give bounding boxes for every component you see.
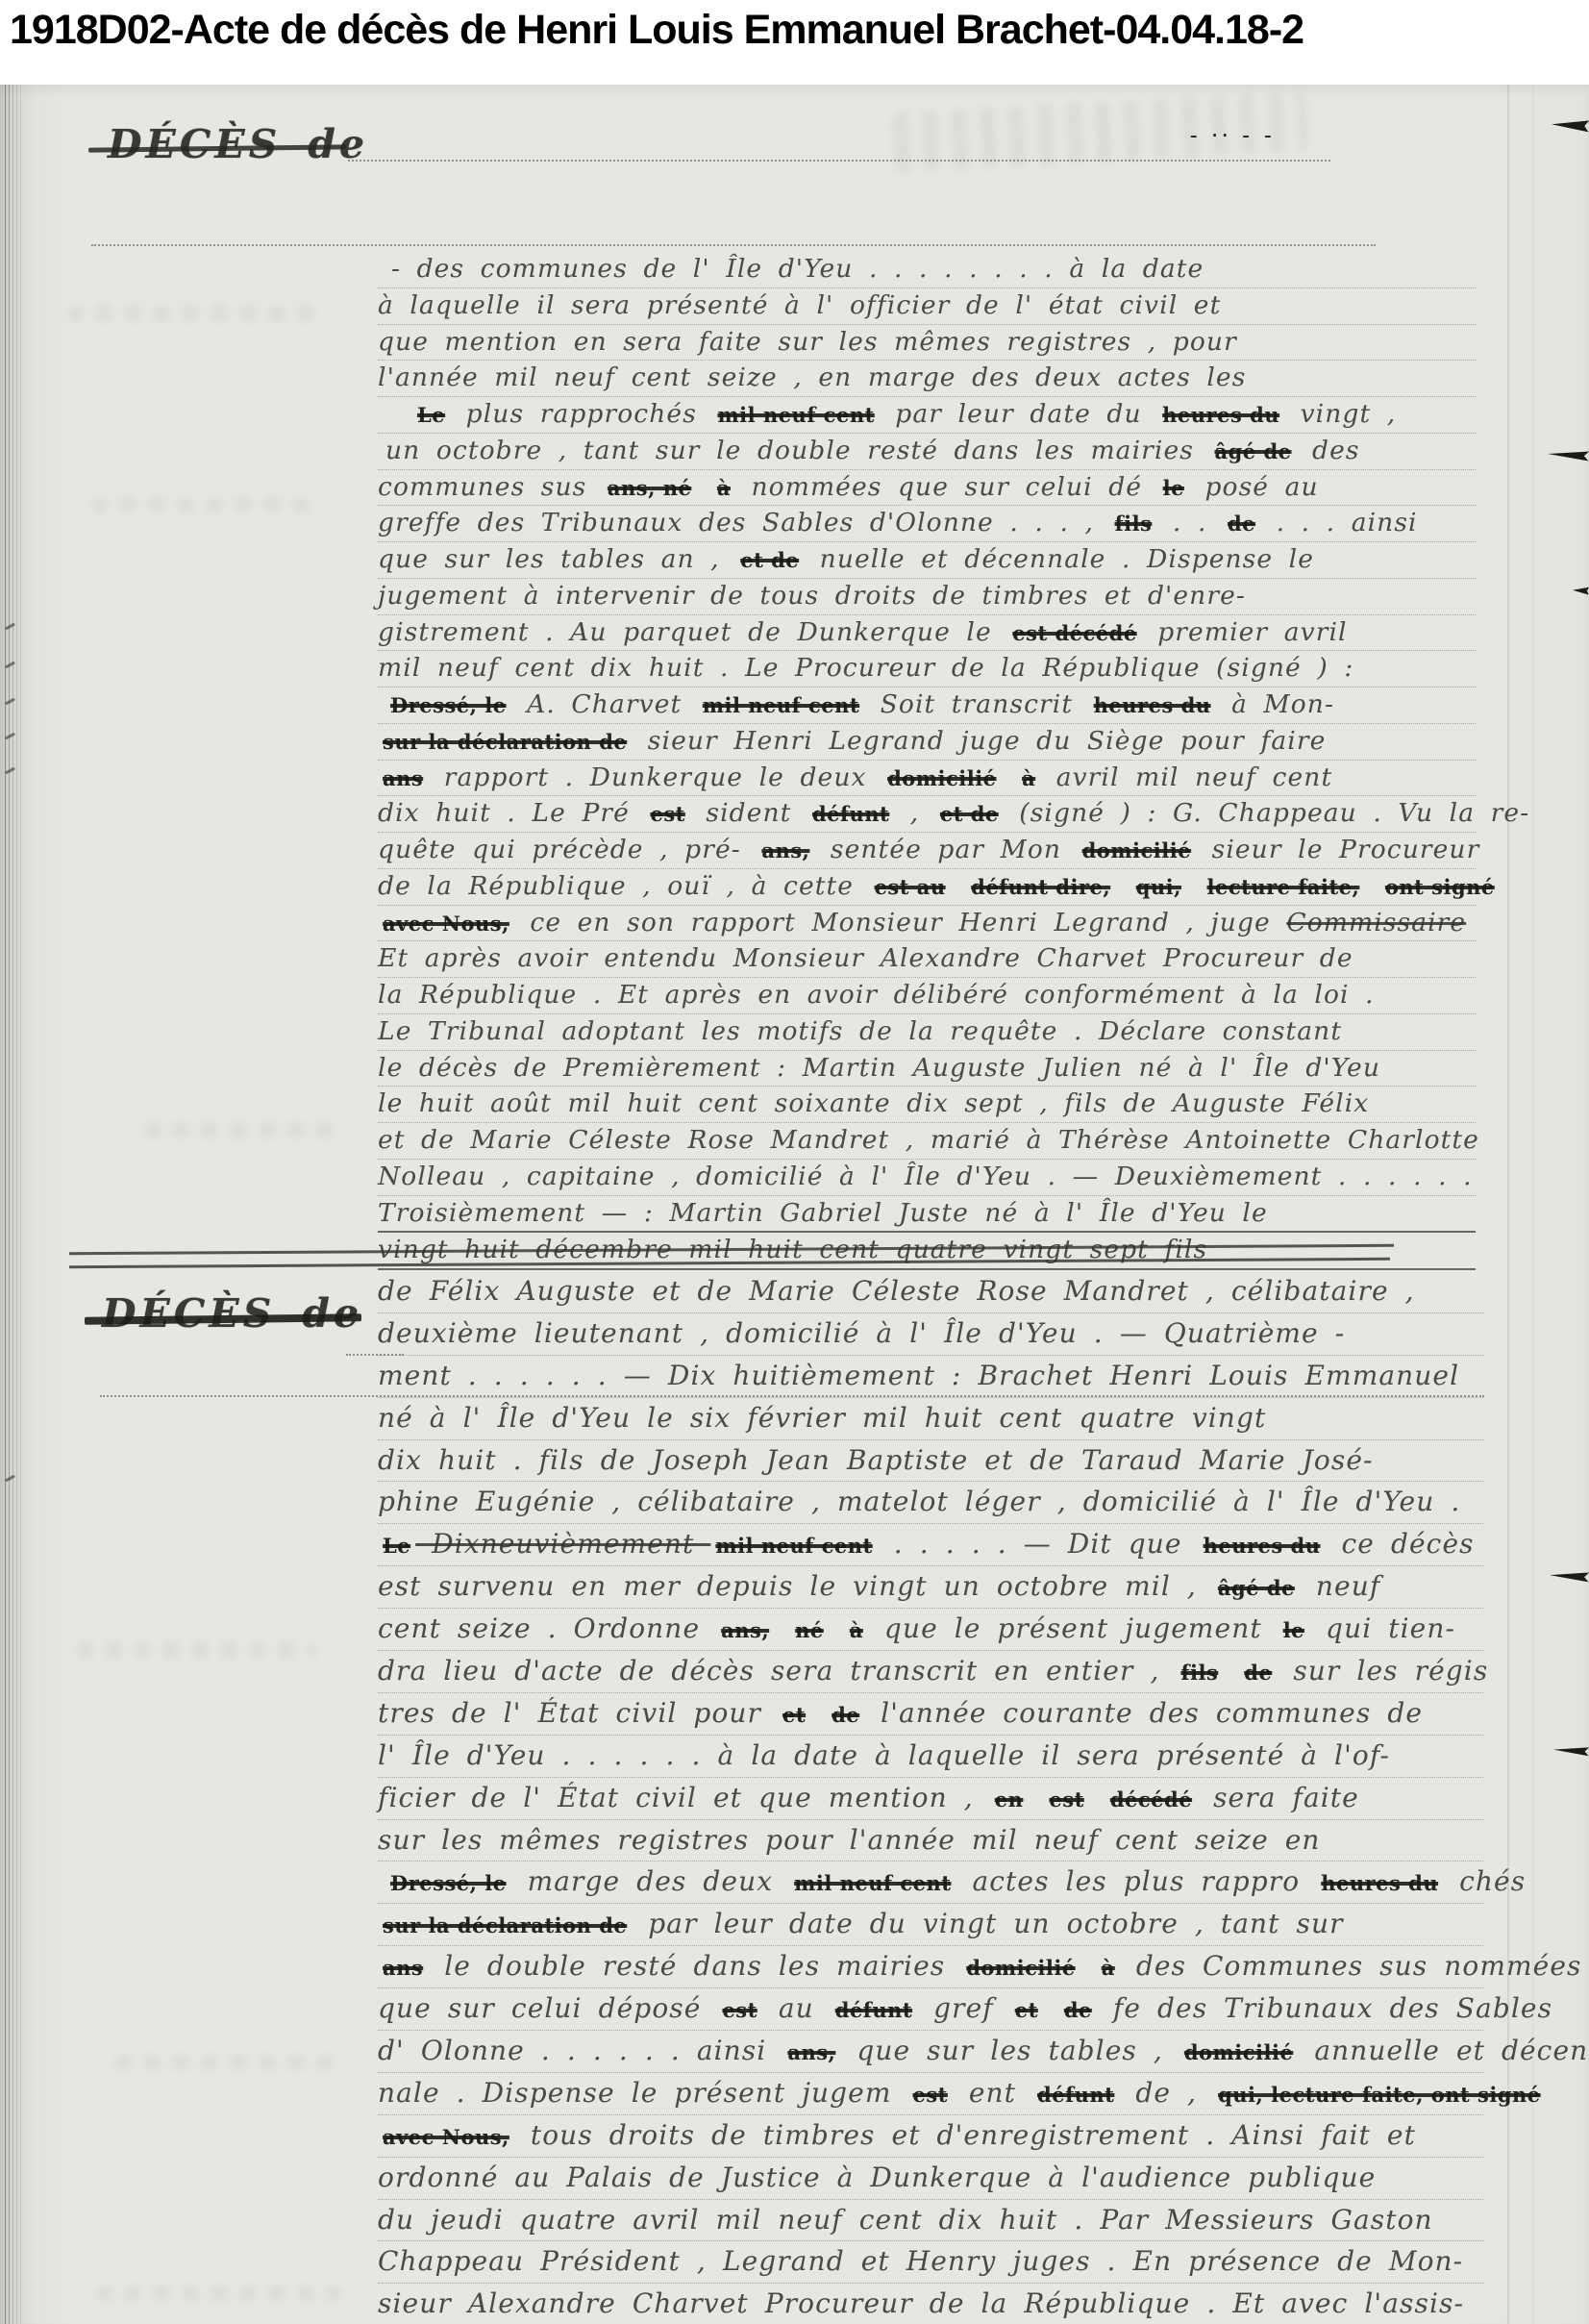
printed-word-struck: défunt	[1032, 2083, 1119, 2107]
handwritten-text: phine Eugénie , célibataire , matelot lé…	[378, 1486, 1460, 1517]
handwritten-text: sentée par Mon	[814, 835, 1077, 864]
handwritten-text: premier avril	[1142, 617, 1348, 647]
printed-word-struck: Le	[378, 1534, 415, 1558]
printed-word-struck: ans	[378, 1956, 428, 1980]
handwritten-text: à Mon-	[1216, 689, 1334, 719]
handwritten-text: tres de l' État civil pour	[378, 1697, 778, 1729]
printed-word-struck: ans, né	[603, 476, 696, 500]
manuscript-line: avec Nous, tous droits de timbres et d'e…	[378, 2115, 1483, 2158]
handwritten-text	[951, 871, 967, 901]
ink-mark	[1553, 1745, 1589, 1757]
ink-mark	[1573, 586, 1589, 594]
handwritten-text: chés	[1443, 1865, 1526, 1897]
printed-word-struck: défunt	[831, 1998, 917, 2022]
manuscript-line: nale . Dispense le présent jugem est ent…	[378, 2073, 1483, 2115]
printed-word-struck: de	[827, 1703, 864, 1727]
deces-label: DÉCÈS	[108, 121, 281, 167]
manuscript-line: de Félix Auguste et de Marie Céleste Ros…	[378, 1271, 1483, 1313]
manuscript-line: sur les mêmes registres pour l'année mil…	[378, 1820, 1483, 1862]
printed-word-struck: et de	[935, 802, 1004, 826]
printed-word-struck: Dressé, le	[385, 693, 511, 717]
title-bar: 1918D02-Acte de décès de Henri Louis Emm…	[0, 0, 1589, 85]
printed-word-struck: lecture faite,	[1203, 875, 1365, 899]
manuscript-line: Dressé, le marge des deux mil neuf cent …	[378, 1862, 1483, 1904]
dotted-rule	[348, 160, 1330, 162]
handwritten-text: deuxième lieutenant , domicilié à l' Île…	[378, 1317, 1345, 1349]
bleedthrough-ghost	[91, 498, 312, 512]
page-title: 1918D02-Acte de décès de Henri Louis Emm…	[0, 0, 1589, 53]
manuscript-line: sur la déclaration de par leur date du v…	[378, 1904, 1483, 1946]
ink-dash-marks: – ·· – –	[1190, 127, 1277, 144]
printed-word-struck: qui, lecture faite, ont signé	[1213, 2083, 1546, 2107]
margin-ink-tick	[5, 698, 15, 706]
printed-word-struck: est	[717, 1998, 761, 2022]
printed-word-struck: ans,	[716, 1618, 774, 1642]
manuscript-line: à laquelle il sera présenté à l' officie…	[378, 288, 1476, 325]
handwritten-text: qui tien-	[1309, 1612, 1455, 1644]
handwritten-text	[774, 1612, 790, 1644]
handwritten-text: un octobre , tant sur le double resté da…	[385, 436, 1210, 465]
handwritten-text: le décès de Premièrement : Martin August…	[378, 1053, 1380, 1083]
paper-fold-line	[1532, 85, 1533, 2324]
printed-word-struck: mil neuf cent	[710, 1534, 877, 1558]
printed-word-struck: mil neuf cent	[698, 693, 864, 717]
handwritten-text: nale . Dispense le présent jugem	[378, 2077, 907, 2109]
manuscript-line: est survenu en mer depuis le vingt un oc…	[378, 1566, 1483, 1609]
handwritten-text: posé au	[1189, 472, 1319, 502]
margin-ink-tick	[5, 623, 15, 631]
handwritten-text: par leur date du vingt un octobre , tant…	[632, 1908, 1343, 1939]
handwritten-text: que le présent jugement	[868, 1612, 1279, 1644]
handwritten-text	[1002, 762, 1018, 792]
manuscript-line: que mention en sera faite sur les mêmes …	[378, 325, 1476, 362]
handwritten-text: (signé ) : G. Chappeau . Vu la re-	[1004, 798, 1529, 828]
printed-word-struck: de	[1223, 512, 1260, 536]
handwritten-text: actes les plus rappro	[956, 1865, 1316, 1897]
handwritten-text: ordonné au Palais de Justice à Dunkerque…	[378, 2162, 1376, 2193]
printed-word-struck: domicilié	[882, 766, 1001, 790]
manuscript-line: jugement à intervenir de tous droits de …	[378, 579, 1476, 615]
handwritten-text: quête qui précède , pré-	[378, 835, 757, 864]
handwritten-text: Troisièmement — : Martin Gabriel Juste n…	[378, 1198, 1268, 1228]
handwritten-text: ficier de l' État civil et que mention ,	[378, 1782, 990, 1813]
printed-word-struck: né	[790, 1618, 829, 1642]
printed-word-struck: le	[1158, 476, 1189, 500]
margin-ink-tick	[5, 1475, 15, 1483]
printed-word-struck: heures du	[1199, 1534, 1326, 1558]
handwritten-text	[1115, 871, 1131, 901]
handwritten-text: ent	[953, 2077, 1032, 2109]
handwritten-text: dix huit . fils de Joseph Jean Baptiste …	[378, 1444, 1374, 1476]
manuscript-line: Nolleau , capitaine , domicilié à l' Île…	[378, 1160, 1476, 1196]
handwritten-text: sera faite	[1197, 1782, 1359, 1813]
handwritten-text	[1028, 1782, 1044, 1813]
manuscript-line: ans rapport . Dunkerque le deux domicili…	[378, 761, 1476, 797]
handwritten-text: sident	[690, 798, 807, 828]
handwritten-text: sieur Alexandre Charvet Procureur de la …	[378, 2287, 1464, 2319]
handwritten-text: plus rapprochés	[450, 399, 712, 429]
printed-word-struck: mil neuf cent	[712, 403, 879, 427]
manuscript-line: cent seize . Ordonne ans, né à que le pr…	[378, 1609, 1483, 1651]
handwritten-text: Chappeau Président , Legrand et Henry ju…	[378, 2245, 1463, 2277]
binding-edge-line	[5, 85, 6, 2324]
handwritten-text: que sur les tables ,	[840, 2035, 1179, 2066]
printed-word-struck: ans,	[757, 838, 814, 862]
handwritten-text: au	[762, 1992, 831, 2024]
handwritten-text: neuf	[1300, 1570, 1380, 1602]
manuscript-line: le décès de Premièrement : Martin August…	[378, 1051, 1476, 1087]
printed-word-struck: est décédé	[1007, 621, 1141, 645]
handwritten-text: sieur Henri Legrand juge du Siège pour f…	[632, 726, 1326, 756]
manuscript-line: et de Marie Céleste Rose Mandret , marié…	[378, 1123, 1476, 1160]
printed-word-struck: âgé de	[1210, 439, 1297, 463]
printed-word-struck: avec Nous,	[378, 912, 514, 936]
manuscript-line: que sur celui déposé est au défunt gref …	[378, 1988, 1483, 2031]
manuscript-line: Dressé, le A. Charvet mil neuf cent Soit…	[378, 687, 1476, 724]
printed-word-struck: domicilié	[1179, 2040, 1298, 2064]
handwritten-text: et de Marie Céleste Rose Mandret , marié…	[378, 1125, 1479, 1155]
binding-edge-line	[12, 85, 13, 2324]
manuscript-line: ordonné au Palais de Justice à Dunkerque…	[378, 2158, 1483, 2200]
handwritten-text: né à l' Île d'Yeu le six février mil hui…	[378, 1402, 1266, 1434]
manuscript-line: ment . . . . . . — Dix huitièmement : Br…	[378, 1356, 1483, 1398]
printed-word-struck: à	[1097, 1956, 1120, 1980]
handwritten-text: gref	[917, 1992, 1010, 2024]
printed-word-struck: mil neuf cent	[789, 1871, 956, 1895]
manuscript-line: du jeudi quatre avril mil neuf cent dix …	[378, 2200, 1483, 2242]
handwritten-text: ce en son rapport Monsieur Henri Legrand…	[514, 908, 1286, 937]
binding-edge-line	[20, 85, 21, 2324]
binding-edge-line	[16, 85, 17, 2324]
handwritten-text: l' Île d'Yeu . . . . . . à la date à laq…	[378, 1739, 1390, 1771]
handwritten-text: tous droits de timbres et d'enregistreme…	[514, 2119, 1416, 2151]
manuscript-line: Troisièmement — : Martin Gabriel Juste n…	[378, 1196, 1476, 1234]
transcription-section-a: - des communes de l' Île d'Yeu . . . . .…	[378, 252, 1476, 1270]
printed-word-struck: heures du	[1157, 403, 1284, 427]
handwritten-text: le huit août mil huit cent soixante dix …	[378, 1088, 1369, 1118]
handwritten-text: ce décès	[1326, 1528, 1475, 1560]
handwritten-text: sur les mêmes registres pour l'année mil…	[378, 1824, 1321, 1856]
handwritten-text: dra lieu d'acte de décès sera transcrit …	[378, 1655, 1176, 1687]
handwritten-text: jugement à intervenir de tous droits de …	[378, 581, 1246, 611]
handwritten-text: la République . Et après en avoir délibé…	[378, 980, 1375, 1010]
handwritten-word-struck: Commissaire	[1286, 908, 1466, 937]
manuscript-line: tres de l' État civil pour et de l'année…	[378, 1693, 1483, 1736]
printed-word-struck: le	[1279, 1618, 1309, 1642]
handwritten-text	[1043, 1992, 1059, 2024]
handwritten-text: greffe des Tribunaux des Sables d'Olonne…	[378, 508, 1110, 537]
printed-word-struck: défunt	[807, 802, 894, 826]
printed-word-struck: avec Nous,	[378, 2125, 514, 2149]
printed-word-struck: domicilié	[1078, 838, 1196, 862]
printed-word-struck: défunt dire,	[966, 875, 1115, 899]
margin-ink-tick	[5, 767, 15, 775]
handwritten-text	[829, 1612, 845, 1644]
printed-word-struck: et	[1010, 1998, 1043, 2022]
printed-word-struck: heures du	[1316, 1871, 1443, 1895]
handwritten-text: communes sus	[378, 472, 603, 502]
manuscript-line: Le Tribunal adoptant les motifs de la re…	[378, 1014, 1476, 1051]
printed-word-struck: fils	[1176, 1661, 1223, 1685]
printed-word-struck: est	[645, 802, 689, 826]
handwritten-text: - des communes de l' Île d'Yeu . . . . .…	[391, 254, 1204, 284]
handwritten-text: de Félix Auguste et de Marie Céleste Ros…	[378, 1275, 1415, 1307]
handwritten-text	[696, 472, 712, 502]
printed-word-struck: qui,	[1131, 875, 1186, 899]
handwritten-text: cent seize . Ordonne	[378, 1612, 716, 1644]
printed-word-struck: sur la déclaration de	[378, 730, 632, 754]
handwritten-text: fe des Tribunaux des Sables	[1097, 1992, 1552, 2024]
manuscript-line: Et après avoir entendu Monsieur Alexandr…	[378, 941, 1476, 978]
printed-word-struck: en	[990, 1787, 1029, 1812]
bleedthrough-ghost	[144, 1123, 346, 1137]
printed-word-struck: est	[1044, 1787, 1088, 1812]
manuscript-line: le huit août mil huit cent soixante dix …	[378, 1087, 1476, 1123]
printed-word-struck: fils	[1110, 512, 1157, 536]
manuscript-line: dix huit . Le Pré est sident défunt , et…	[378, 796, 1476, 833]
manuscript-line: ans le double resté dans les mairies dom…	[378, 1946, 1483, 1988]
bleedthrough-ghost	[96, 2287, 341, 2301]
handwritten-text: sur les régis	[1277, 1655, 1488, 1687]
printed-word-struck: et	[778, 1703, 810, 1727]
bleedthrough-ghost	[77, 1642, 317, 1658]
printed-word-struck: ans	[378, 766, 428, 790]
printed-word-struck: heures du	[1089, 693, 1216, 717]
binding-edge-line	[9, 85, 10, 2324]
handwritten-text: que sur celui déposé	[378, 1992, 717, 2024]
handwritten-text: mil neuf cent dix huit . Le Procureur de…	[378, 653, 1353, 683]
handwritten-text: l'année mil neuf cent seize , en marge d…	[378, 362, 1246, 392]
margin-ink-tick	[5, 733, 15, 740]
printed-word-struck: Dressé, le	[385, 1871, 511, 1895]
printed-word-struck: décédé	[1105, 1787, 1197, 1812]
handwritten-text: du jeudi quatre avril mil neuf cent dix …	[378, 2204, 1433, 2236]
printed-word-struck: ont signé	[1380, 875, 1500, 899]
ink-mark	[1548, 449, 1589, 462]
manuscript-line: sur la déclaration de sieur Henri Legran…	[378, 724, 1476, 761]
printed-word-struck: domicilié	[961, 1956, 1080, 1980]
ink-mark	[1550, 1570, 1589, 1583]
manuscript-line: l' Île d'Yeu . . . . . . à la date à laq…	[378, 1736, 1483, 1778]
manuscript-line: l'année mil neuf cent seize , en marge d…	[378, 361, 1476, 397]
handwritten-text	[1364, 871, 1380, 901]
handwritten-text: l'année courante des communes de	[864, 1697, 1423, 1729]
paper-fold-line	[1507, 85, 1509, 2324]
handwritten-text: marge des deux	[511, 1865, 790, 1897]
handwritten-text: dix huit . Le Pré	[378, 798, 645, 828]
manuscript-line: la République . Et après en avoir délibé…	[378, 978, 1476, 1014]
manuscript-line: quête qui précède , pré- ans, sentée par…	[378, 833, 1476, 869]
handwritten-text	[1186, 871, 1203, 901]
handwritten-text: Et après avoir entendu Monsieur Alexandr…	[378, 943, 1353, 973]
handwritten-word-struck: Dixneuvièmement	[415, 1528, 710, 1560]
manuscript-line: Le Dixneuvièmement mil neuf cent . . . .…	[378, 1524, 1483, 1566]
manuscript-line: né à l' Île d'Yeu le six février mil hui…	[378, 1398, 1483, 1440]
bleedthrough-ghost	[67, 306, 317, 321]
handwritten-text: A. Charvet	[511, 689, 698, 719]
document-scan: DÉCÈSde – ·· – – - des communes de l' Îl…	[0, 85, 1589, 2324]
printed-word-struck: à	[712, 476, 735, 500]
manuscript-line: sieur Alexandre Charvet Procureur de la …	[378, 2284, 1483, 2324]
manuscript-line: d' Olonne . . . . . . ainsi ans, que sur…	[378, 2031, 1483, 2073]
handwritten-text: que mention en sera faite sur les mêmes …	[378, 327, 1237, 357]
printed-word-struck: et de	[735, 548, 804, 572]
handwritten-text: est survenu en mer depuis le vingt un oc…	[378, 1570, 1213, 1602]
ink-mark	[1552, 118, 1589, 133]
manuscript-line: ficier de l' État civil et que mention ,…	[378, 1778, 1483, 1820]
handwritten-text: Le Tribunal adoptant les motifs de la re…	[378, 1016, 1342, 1046]
handwritten-text: . .	[1156, 508, 1223, 537]
dotted-rule	[91, 244, 1376, 246]
handwritten-text	[1080, 1950, 1097, 1982]
manuscript-line: mil neuf cent dix huit . Le Procureur de…	[378, 651, 1476, 687]
handwritten-text: ,	[894, 798, 935, 828]
printed-word-struck: à	[845, 1618, 868, 1642]
printed-word-struck: de	[1059, 1998, 1097, 2022]
printed-word-struck: ans,	[782, 2040, 840, 2064]
printed-word-struck: à	[1017, 766, 1040, 790]
handwritten-text	[810, 1697, 827, 1729]
manuscript-line: que sur les tables an , et de nuelle et …	[378, 542, 1476, 579]
manuscript-line: dra lieu d'acte de décès sera transcrit …	[378, 1651, 1483, 1693]
manuscript-line: phine Eugénie , célibataire , matelot lé…	[378, 1482, 1483, 1524]
manuscript-line: dix huit . fils de Joseph Jean Baptiste …	[378, 1440, 1483, 1483]
manuscript-line: un octobre , tant sur le double resté da…	[378, 434, 1476, 470]
handwritten-text: gistrement . Au parquet de Dunkerque le	[378, 617, 1007, 647]
handwritten-text: Nolleau , capitaine , domicilié à l' Île…	[378, 1162, 1473, 1191]
handwritten-text: avril mil neuf cent	[1040, 762, 1332, 792]
handwritten-text: que sur les tables an ,	[378, 544, 735, 574]
printed-word-struck: Le	[412, 403, 450, 427]
handwritten-text: des	[1297, 436, 1360, 465]
handwritten-text: de la République , ouï , à cette	[378, 871, 870, 901]
manuscript-line: communes sus ans, né à nommées que sur c…	[378, 470, 1476, 507]
handwritten-text: Soit transcrit	[864, 689, 1089, 719]
manuscript-line: Chappeau Président , Legrand et Henry ju…	[378, 2241, 1483, 2284]
handwritten-text	[1089, 1782, 1105, 1813]
deces-label: DÉCÈS	[102, 1290, 275, 1337]
printed-word-struck: est au	[870, 875, 951, 899]
handwritten-text: des Communes sus nommées	[1120, 1950, 1582, 1982]
handwritten-text: à laquelle il sera présenté à l' officie…	[378, 290, 1221, 320]
handwritten-text: par leur date du	[880, 399, 1157, 429]
manuscript-line: avec Nous, ce en son rapport Monsieur He…	[378, 906, 1476, 942]
printed-word-struck: sur la déclaration de	[378, 1913, 632, 1937]
handwritten-text: ment . . . . . . — Dix huitièmement : Br…	[378, 1360, 1459, 1391]
handwritten-text: le double resté dans les mairies	[428, 1950, 961, 1982]
handwritten-text	[1223, 1655, 1239, 1687]
handwritten-text: rapport . Dunkerque le deux	[428, 762, 882, 792]
handwritten-text: d' Olonne . . . . . . ainsi	[378, 2035, 782, 2066]
handwritten-text: annuelle et décen .	[1298, 2035, 1589, 2066]
handwritten-text: de ,	[1119, 2077, 1213, 2109]
margin-ink-tick	[5, 662, 15, 669]
handwritten-text: sieur le Procureur	[1196, 835, 1479, 864]
printed-word-struck: âgé de	[1213, 1576, 1300, 1600]
handwritten-text: nommées que sur celui dé	[735, 472, 1158, 502]
handwritten-text: nuelle et décennale . Dispense le	[804, 544, 1314, 574]
manuscript-line: - des communes de l' Île d'Yeu . . . . .…	[378, 252, 1476, 288]
transcription-section-b: de Félix Auguste et de Marie Céleste Ros…	[378, 1271, 1483, 2324]
handwritten-text: vingt ,	[1284, 399, 1396, 429]
manuscript-line: Le plus rapprochés mil neuf cent par leu…	[378, 397, 1476, 434]
manuscript-line: gistrement . Au parquet de Dunkerque le …	[378, 615, 1476, 652]
handwritten-text: . . . . . — Dit que	[878, 1528, 1199, 1560]
printed-word-struck: est	[907, 2083, 952, 2107]
manuscript-line: deuxième lieutenant , domicilié à l' Île…	[378, 1313, 1483, 1356]
bleedthrough-ghost	[115, 2056, 346, 2069]
manuscript-line: de la République , ouï , à cette est au …	[378, 869, 1476, 906]
printed-word-struck: de	[1239, 1661, 1277, 1685]
manuscript-line: greffe des Tribunaux des Sables d'Olonne…	[378, 506, 1476, 542]
handwritten-text: . . . ainsi	[1260, 508, 1418, 537]
